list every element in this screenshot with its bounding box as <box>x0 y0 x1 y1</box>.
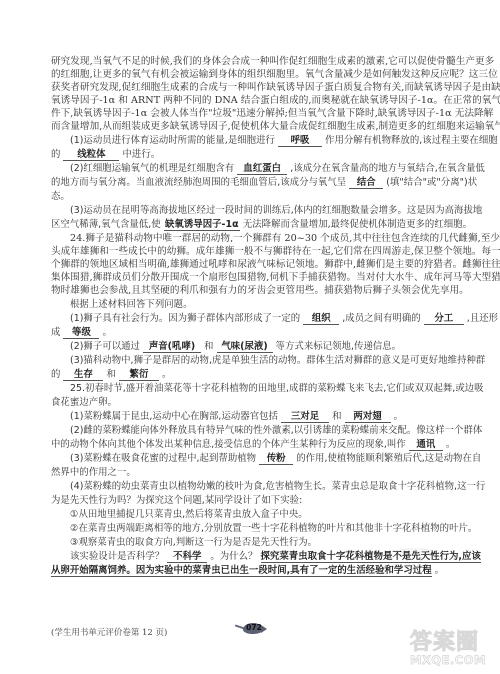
question-text: 该实验设计是否科学？ <box>70 551 164 562</box>
passage-25-line: 食花蜜边产卵。 <box>51 397 454 410</box>
watermark-en: MXQE.COM <box>410 653 500 667</box>
question-text: (3)菜粉蝶在吸食花蜜的过程中,起到帮助植物 <box>70 453 256 464</box>
question-text: 等方式来标记领地,传递信息。 <box>276 341 402 352</box>
question-24-3: (3)猫科动物中,狮子是群居的动物,虎是单独生活的动物。群体生活对狮群的意义是可… <box>51 355 473 368</box>
question-text: (填"结合"或"分离")状 <box>386 177 477 188</box>
question-25-1: (1)菜粉蝶属于昆虫,运动中心在胸部,运动器官包括 三对足 和 两对翅 。 <box>51 411 473 424</box>
question-text: 和 <box>332 411 341 422</box>
passage-23-line: 氧诱导因子-1α 和 ARNT 两种不同的 DNA 结合蛋白组成的,而奥秘就在缺… <box>51 95 454 108</box>
question-23-3: (3)运动员在昆明等高海拔地区经过一段时间的训练后,体内的红细胞数量会增多。这是… <box>51 205 473 218</box>
question-text: 。 <box>435 565 444 576</box>
question-text: 。 <box>103 327 112 338</box>
answer-blank: 声音(吼哮) <box>143 341 201 353</box>
question-text: (2)狮子可以通过 <box>70 341 140 352</box>
passage-24-line: 集体围猎,狮群成员们分散开围成一个扇形包围猎物,伺机下手捕获猎物。当对付大水牛、… <box>51 272 454 285</box>
answer-blank: 三对足 <box>281 411 329 423</box>
watermark-cn: 答案圈 <box>410 625 500 656</box>
question-text: 。 <box>446 439 455 450</box>
page-number: 072 <box>244 623 264 632</box>
question-text: 中的动物个体向其他个体发出某种信息,接受信息的个体产生某种行为反应的现象,叫作 <box>51 439 406 450</box>
experiment-step: ②在菜青虫两端距离相等的地方,分别放置一些十字花科植物的叶片和其他非十字花科植物… <box>51 523 473 536</box>
footer-label: (学生用书单元评价卷第 12 页) <box>51 626 167 638</box>
question-24-1: (1)狮子具有社会行为。因为狮子群体内部形成了一定的 组织 ,成员之间有明确的 … <box>51 313 473 326</box>
passage-23-line: 获奖者研究发现,促红细胞生成素的合成与一种叫作缺氧诱导因子蛋白质复合物有关,而缺… <box>51 82 454 95</box>
answer-blank: 分工 <box>424 313 464 325</box>
question-text: (1)狮子具有社会行为。因为狮子群体内部形成了一定的 <box>70 313 300 324</box>
question-24-2: (2)狮子可以通过 声音(吼哮) 和 气味(尿液) 等方式来标记领地,传递信息。 <box>51 341 473 354</box>
answer-blank: 线粒体 <box>63 149 119 161</box>
answer-blank: 气味(尿液) <box>217 341 273 353</box>
question-23-1: (1)运动员进行体育运动时所需的能量,是细胞进行 呼吸 作用分解有机物释放的,该… <box>51 135 473 148</box>
answer-blank: 生存 <box>63 369 103 381</box>
question-23-2-cont: 的地方而与氧分离。当血液流经肺泡周围的毛细血管后,该成分与氧气呈 结合 (填"结… <box>51 177 454 190</box>
answer-blank: 探究菜青虫取食十字花科植物是不是先天性行为,应该 <box>261 551 481 563</box>
passage-23-line: 而含量增加,从而组装成更多缺氧诱导因子,促使机体大量合成促红细胞生成素,制造更多… <box>51 121 454 134</box>
passage-24-line: 个狮群的领地区域相当明确,雄狮通过吼哮和尿液气味标记领地。狮群中,雌狮们是主要的… <box>51 259 454 272</box>
question-text: 和 <box>204 341 213 352</box>
question-24-3-cont: 的 生存 和 繁衍 。 <box>51 369 454 382</box>
answer-blank: 通讯 <box>409 439 443 451</box>
answer-blank: 传粉 <box>259 453 293 465</box>
experiment-step: ①从田地里捕捉几只菜青虫,然后将菜青虫放入盒子中央。 <box>51 509 473 522</box>
question-text: 。 <box>394 411 403 422</box>
passage-25-line: 25.初春时节,盛开着油菜花等十字花科植物的田地里,成群的菜粉蝶飞来飞去,它们或… <box>51 383 473 396</box>
watermark: 答案圈 MXQE.COM <box>410 625 500 674</box>
question-text: 。 <box>162 369 171 380</box>
question-text: 的作用,使植物能顺利繁殖后代,这是动物在自 <box>296 453 481 464</box>
answer-blank: 组织 <box>303 313 339 325</box>
passage-24-line: 24.狮子是猫科动物中唯一群居的动物,一个狮群有 20~30 个成员,其中往往包… <box>51 233 473 246</box>
question-text: 作用分解有机物释放的,该过程主要在细胞 <box>325 135 498 146</box>
question-text: (2)红细胞运输氧气的机理是红细胞含有 <box>70 163 234 174</box>
decorative-ornament-icon <box>392 547 436 573</box>
answer-blank: 等级 <box>63 327 99 339</box>
question-25-2: (2)雌的菜粉蝶能向体外释放具有特异气味的性外激素,以引诱雄的菜粉蝶前来交配。像… <box>51 425 473 438</box>
question-25-4: (4)菜粉蝶的幼虫菜青虫以植物幼嫩的枝叶为食,危害植物生长。菜青虫总是取食十字花… <box>51 481 473 494</box>
question-text: 的地方而与氧分离。当血液流经肺泡周围的毛细血管后,该成分与氧气呈 <box>51 177 346 188</box>
answer-blank: 两对翅 <box>345 411 391 423</box>
answer-blank: 繁衍 <box>119 369 159 381</box>
question-23-1-cont: 的 线粒体 中进行。 <box>51 149 454 162</box>
question-text: 区空气稀薄,氧气含量低,使 <box>51 219 161 230</box>
question-24-1-cont: 成 等级 。 <box>51 327 454 340</box>
question-text: (1)菜粉蝶属于昆虫,运动中心在胸部,运动器官包括 <box>70 411 278 422</box>
question-text: 成 <box>51 327 60 338</box>
question-text: ,成员之间有明确的 <box>342 313 420 324</box>
question-25-3: (3)菜粉蝶在吸食花蜜的过程中,起到帮助植物 传粉 的作用,使植物能顺利繁殖后代… <box>51 453 473 466</box>
instruction: 根据上述材料回答下列问题。 <box>51 299 473 312</box>
question-text: 的 <box>51 369 60 380</box>
passage-23-line: 的红细胞,让更多的氧气有机会被运输到身体的组织细胞里。氧气含量减少是如何触发这种… <box>51 69 454 82</box>
passage-23-line: 件下,缺氧诱导因子-1α 会被人体当作"垃圾"迅速分解掉;但当氧气含量下降时,缺… <box>51 108 454 121</box>
question-23-2-end: 态。 <box>51 191 454 204</box>
answer-blank: 从卵开始隔离饲养。因为实验中的菜青虫已出生一段时间,具有了一定的生活经验和学习过… <box>51 565 432 577</box>
question-25-2-cont: 中的动物个体向其他个体发出某种信息,接受信息的个体产生某种行为反应的现象,叫作 … <box>51 439 454 452</box>
answer-blank: 结合 <box>349 177 383 189</box>
answer-blank: 呼吸 <box>278 135 322 147</box>
question-23-2: (2)红细胞运输氧气的机理是红细胞含有 血红蛋白 ,该成分在氧含量高的地方与氧结… <box>51 163 473 176</box>
passage-23-line: 研究发现,当氧气不足的时候,我们的身体会合成一种叫作促红细胞生成素的激素,它可以… <box>51 56 454 69</box>
passage-24-line: 物时雄狮也会参战,且其坚硬的利爪和强有力的牙齿会更管用些。捕获猎物后狮子头领会优… <box>51 285 454 298</box>
question-text: 的 <box>51 149 60 160</box>
question-text: 和 <box>107 369 116 380</box>
question-text: ,且还形 <box>467 313 498 324</box>
passage-24-line: 头成年雄狮和一些成长中的幼狮。成年雄狮一般不与狮群待在一起,它们常在四周游走,保… <box>51 246 454 259</box>
answer-blank: 不科学 <box>167 551 207 563</box>
answer-blank: 血红蛋白 <box>237 163 287 175</box>
question-text: (1)运动员进行体育运动时所需的能量,是细胞进行 <box>70 135 275 146</box>
question-text: 无法降解而含量增加,最终促使机体制造更多的红细胞。 <box>243 219 472 230</box>
question-23-3-cont: 区空气稀薄,氧气含量低,使 缺氧诱导因子-1α 无法降解而含量增加,最终促使机体… <box>51 219 454 232</box>
question-25-4-cont: 为是先天性行为吗？为探究这个问题,某同学设计了如下实验: <box>51 495 454 508</box>
question-text: 中进行。 <box>123 149 161 160</box>
question-text: ,该成分在氧含量高的地方与氧结合,在氧含量低 <box>290 163 485 174</box>
answer-blank: 缺氧诱导因子-1α <box>164 219 240 231</box>
page-number-badge: 072 <box>239 622 269 636</box>
question-25-3-cont: 然界中的作用之一。 <box>51 467 454 480</box>
question-text: 。为什么？ <box>210 551 257 562</box>
